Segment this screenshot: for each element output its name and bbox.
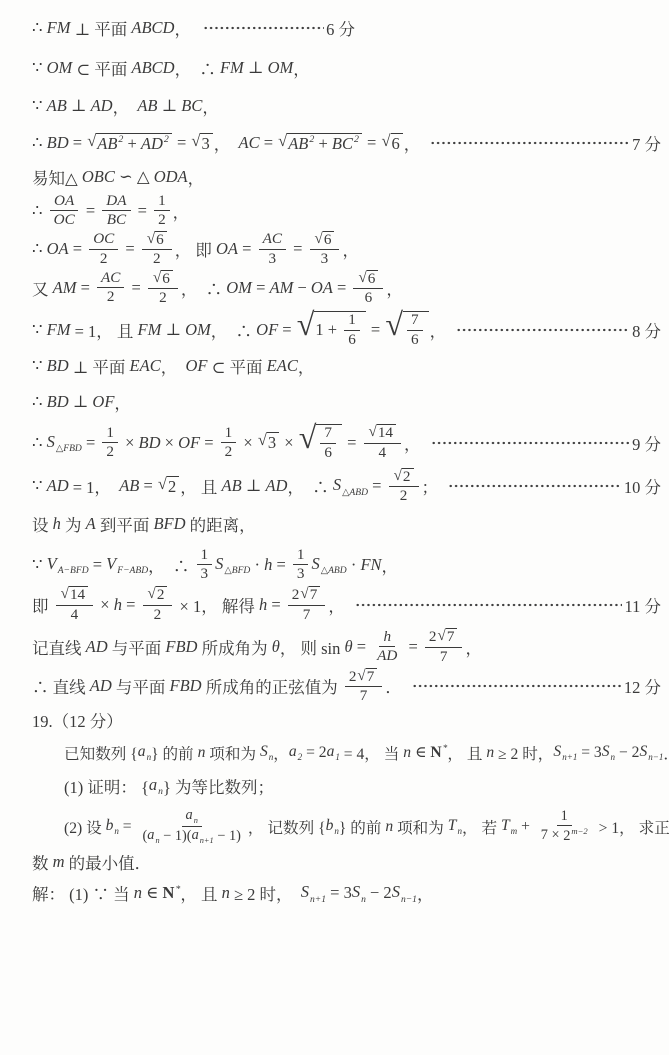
fraction: 13 xyxy=(197,547,213,583)
line-oa-value: ∴ OA = OC2 = √62， 即 OA = AC3 = √63， xyxy=(32,231,661,268)
text-run: 1 xyxy=(106,425,114,441)
math-var: θ xyxy=(344,637,352,657)
fraction: OAOC xyxy=(50,193,79,229)
math-var: n xyxy=(198,744,206,762)
text-run: 14 xyxy=(70,587,85,603)
line-define-h: 设 h 为 A 到平面 BFD 的距离， xyxy=(32,512,661,536)
denominator: 3 xyxy=(293,565,309,582)
denominator: 2 xyxy=(150,606,166,623)
denominator: 2 xyxy=(154,211,170,228)
text-run: 3 xyxy=(321,251,329,267)
superscripted-expr: 2m−2 xyxy=(563,827,588,844)
text-run: ， ∴ xyxy=(175,56,220,80)
text-run: = xyxy=(260,133,278,153)
math-var: S xyxy=(311,554,319,573)
text-run: 7 xyxy=(324,425,332,441)
superscripted-expr: AD2 xyxy=(141,134,169,154)
math-var: BD xyxy=(139,433,161,453)
math-var: OF xyxy=(92,392,114,412)
denominator: 2 xyxy=(155,289,171,306)
text-run: ， xyxy=(273,742,289,764)
line-solution-start: 解： (1) ∵ 当 n ∈ N*， 且 n ≥ 2 时， Sn+1 = 3Sn… xyxy=(32,881,661,905)
superscript: 2 xyxy=(354,134,359,145)
fraction: OC2 xyxy=(89,231,118,267)
denominator: 3 xyxy=(197,565,213,582)
text-run: 3 xyxy=(297,566,305,582)
superscripted-expr: N* xyxy=(430,744,447,762)
text-run: ⊂ 平面 xyxy=(72,56,131,80)
subscript: n+1 xyxy=(200,836,214,845)
text-run: 1 xyxy=(348,312,356,328)
text-run: = xyxy=(272,555,290,575)
radicand: 2 xyxy=(167,476,179,497)
math-var: T xyxy=(448,817,457,834)
math-var: OA xyxy=(216,239,238,259)
text-run: 7 xyxy=(440,649,448,665)
text-run: = xyxy=(333,278,351,298)
text-run: ， xyxy=(328,593,345,617)
radicand: 14 xyxy=(69,586,88,603)
radical-sign-icon: √ xyxy=(358,270,366,287)
math-var: h xyxy=(383,629,391,645)
line-of-value: ∵ FM = 1， 且 FM ⊥ OM， ∴ OF = √1 + 16 = √7… xyxy=(32,311,661,348)
text-run: 项和为 xyxy=(393,816,448,838)
text-run: 设 xyxy=(32,512,53,536)
text-run: 2 xyxy=(429,629,437,645)
text-run: ∵ xyxy=(32,320,47,340)
text-run: = 1， 且 xyxy=(70,318,137,342)
text-run: × xyxy=(96,595,114,615)
text-run: 6 xyxy=(324,232,332,248)
text-run: × xyxy=(121,433,139,453)
radicand: 6 xyxy=(155,231,167,248)
text-run: = xyxy=(200,433,218,453)
math-var: n xyxy=(134,883,142,903)
text-run: ， 且 xyxy=(447,742,486,764)
text-run: ∵ xyxy=(32,555,47,575)
radical-sign-icon: √ xyxy=(300,586,308,603)
line-q19-part1: (1) 证明： {an} 为等比数列； xyxy=(32,774,669,798)
text-run: 1 xyxy=(201,547,209,563)
text-run: 解： (1) ∵ 当 xyxy=(32,881,134,905)
radicand: 6 xyxy=(367,270,379,287)
math-var: BC xyxy=(107,212,126,228)
math-var: A xyxy=(86,514,96,534)
math-var: AD xyxy=(141,134,163,153)
math-var: AD xyxy=(91,96,113,116)
numerator: h xyxy=(379,629,395,647)
denominator: 2 xyxy=(103,288,119,305)
text-run: ∴ xyxy=(32,433,47,453)
leader-dots xyxy=(203,25,324,31)
text-run: = 1， xyxy=(69,474,120,498)
numerator: 7 xyxy=(407,312,423,330)
math-var: OM xyxy=(268,58,294,78)
text-run: = xyxy=(69,239,87,259)
numerator: 1 xyxy=(197,547,213,565)
subscript: A−BFD xyxy=(58,565,89,576)
math-var: FM xyxy=(47,320,71,340)
text-run: 的最小值． xyxy=(65,850,152,874)
radicand: 14 xyxy=(377,424,396,441)
subscript: n−1 xyxy=(401,894,417,905)
radical: √6 xyxy=(358,270,378,287)
denominator: 2 xyxy=(96,250,112,267)
superscripted-expr: AB2 xyxy=(97,134,123,154)
math-var: OM xyxy=(47,58,73,78)
dotted-leader: 10 分 xyxy=(448,474,661,498)
numerator: √2 xyxy=(389,468,419,487)
numerator: √6 xyxy=(142,231,172,250)
math-var: OA xyxy=(54,193,74,209)
superscript: m−2 xyxy=(571,826,587,836)
text-run: ⊥ xyxy=(161,320,185,340)
text-run: ； xyxy=(422,474,439,498)
radicand: 1 + 16 xyxy=(314,311,365,348)
superscript: 2 xyxy=(164,134,169,145)
text-run: 2 xyxy=(159,290,167,306)
math-var: AB xyxy=(221,476,241,496)
math-var: BD xyxy=(47,392,69,412)
text-run: } 为等比数列； xyxy=(163,774,274,798)
math-var: AC xyxy=(263,231,282,247)
math-var: a xyxy=(138,743,146,760)
text-run: 2 xyxy=(400,488,408,504)
subscripted-var: Sn xyxy=(260,743,273,762)
score-label: 6 分 xyxy=(326,16,355,40)
math-var: AM xyxy=(270,278,294,298)
text-run: 3 xyxy=(201,566,209,582)
text-run: ∈ xyxy=(142,883,162,903)
math-var: ABCD xyxy=(131,18,174,38)
radical: √2 xyxy=(158,476,179,497)
text-run: = xyxy=(278,320,296,340)
subscripted-var: an+1 xyxy=(192,828,214,845)
text-run: ⊂ 平面 xyxy=(207,354,266,378)
numerator: 2√7 xyxy=(425,628,463,647)
text-run: = 3 xyxy=(326,883,352,903)
text-run: 2 xyxy=(154,607,162,623)
text-run: 7 xyxy=(303,607,311,623)
radical: √76 xyxy=(385,311,428,348)
text-run: 项和为 xyxy=(205,742,260,764)
dotted-leader: 11 分 xyxy=(355,593,661,617)
math-var: m xyxy=(53,852,65,872)
text-run: = xyxy=(238,239,256,259)
numerator: √2 xyxy=(143,586,173,605)
radical-sign-icon: √ xyxy=(438,628,446,645)
text-run: = xyxy=(289,239,307,259)
fraction: √144 xyxy=(56,586,94,623)
subscripted-var: an xyxy=(149,775,163,797)
text-run: 2 xyxy=(349,669,357,685)
text-run: − xyxy=(293,278,311,298)
text-run: ， ∴ xyxy=(181,276,226,300)
denominator: 2 xyxy=(396,487,412,504)
numerator: √14 xyxy=(364,424,402,443)
text-run: = xyxy=(343,433,361,453)
math-var: BFD xyxy=(153,514,185,534)
denominator: OC xyxy=(50,211,79,228)
text-run: ， ∴ xyxy=(211,318,256,342)
denominator: 7 xyxy=(356,687,372,704)
text-run: 3 xyxy=(201,134,209,154)
text-run: 2 xyxy=(158,212,166,228)
fraction: 16 xyxy=(344,312,360,348)
text-run: 4 xyxy=(378,445,386,461)
fraction: 2√77 xyxy=(288,586,326,623)
radical: √6 xyxy=(381,133,402,154)
text-run: ∵ xyxy=(32,58,47,78)
line-bd-perp-plane-eac: ∵ BD ⊥ 平面 EAC， OF ⊂ 平面 EAC， xyxy=(32,354,661,378)
subscripted-var: bn xyxy=(106,817,119,836)
text-run: = xyxy=(121,239,139,259)
text-run: ， xyxy=(293,56,310,80)
dotted-leader: 9 分 xyxy=(431,431,661,455)
radical: √76 xyxy=(299,424,342,461)
fraction: 13 xyxy=(293,547,309,583)
text-run: = xyxy=(69,133,87,153)
text-run: 1 + xyxy=(315,320,341,340)
text-run: ， xyxy=(342,237,359,261)
radical: √7 xyxy=(357,668,377,685)
numerator: 1 xyxy=(102,425,118,443)
text-run: × xyxy=(239,433,257,453)
numerator: 1 xyxy=(221,425,237,443)
text-run: × 1， 解得 xyxy=(175,593,259,617)
text-run: 6 xyxy=(324,445,332,461)
radical-sign-icon: √ xyxy=(278,133,287,154)
text-run: ， 若 xyxy=(462,816,501,838)
text-run: 6 xyxy=(411,332,419,348)
radicand: 6 xyxy=(161,270,173,287)
denominator: 7 xyxy=(299,606,315,623)
text-run: + xyxy=(123,134,141,154)
text-run: 4 xyxy=(71,607,79,623)
fraction: 12 xyxy=(154,193,170,229)
math-var: ODA xyxy=(154,167,188,187)
line-question-19-header: 19.（12 分） xyxy=(32,708,661,732)
line-volume-equality: ∵ VA−BFD = VF−ABD， ∴ 13S△BFD · h = 13S△A… xyxy=(32,547,661,583)
text-run: ， ∴ xyxy=(287,474,332,498)
text-run: 2 xyxy=(106,444,114,460)
subscripted-var: an xyxy=(138,743,151,762)
radical-sign-icon: √ xyxy=(299,424,317,461)
math-var: AB xyxy=(97,134,117,153)
math-var: V xyxy=(47,554,57,573)
text-run: 易知△ xyxy=(32,165,82,189)
text-run: (1) 证明： { xyxy=(64,774,149,798)
math-var: EAC xyxy=(267,356,298,376)
denominator: 3 xyxy=(264,250,280,267)
set-symbol: N xyxy=(162,883,174,902)
numerator: √6 xyxy=(148,270,178,289)
text-run: ≥ 2 时， xyxy=(494,742,553,764)
math-var: a xyxy=(327,743,335,760)
subscripted-var: Sn xyxy=(352,882,366,904)
dotted-leader: 12 分 xyxy=(412,674,661,698)
fraction: an(an − 1)(an+1 − 1) xyxy=(138,808,244,845)
math-var: EAC xyxy=(130,356,161,376)
text-run: ∴ xyxy=(32,239,47,259)
line-angle-theta: 记直线 AD 与平面 FBD 所成角为 θ， 则 sin θ = hAD = 2… xyxy=(32,628,661,665)
math-var: AC xyxy=(101,270,120,286)
text-run: = 4， 当 xyxy=(340,742,403,764)
radical-sign-icon: √ xyxy=(153,270,161,287)
subscripted-var: VF−ABD xyxy=(106,554,148,576)
numerator: √14 xyxy=(56,586,94,605)
denominator: 2 xyxy=(221,443,237,460)
radicand: 2 xyxy=(156,586,168,603)
math-var: n xyxy=(385,818,393,836)
math-var: n xyxy=(222,883,230,903)
subscripted-var: S△ABD xyxy=(333,475,368,497)
subscript: △ABD xyxy=(342,487,368,498)
text-run: } 的前 xyxy=(151,742,197,764)
radical: √2 xyxy=(394,468,414,485)
math-var: FM xyxy=(138,320,162,340)
text-run: = xyxy=(404,637,422,657)
math-var: OC xyxy=(54,212,75,228)
text-run: ． xyxy=(385,674,402,698)
fraction: 12 xyxy=(102,425,118,461)
radical: √7 xyxy=(300,586,320,603)
text-run: ∵ xyxy=(32,476,47,496)
radicand: 2 xyxy=(402,468,414,485)
leader-dots xyxy=(355,602,623,608)
text-run: 的距离， xyxy=(186,512,256,536)
math-var: FBD xyxy=(170,676,202,696)
text-run: − 1) xyxy=(214,829,241,845)
line-similar-triangles: 易知△ OBC ∽ △ ODA， xyxy=(32,165,661,189)
math-var: AB xyxy=(47,96,67,116)
denominator: 2 xyxy=(102,443,118,460)
subscripted-var: Sn xyxy=(602,743,615,762)
text-run: 1 xyxy=(297,547,305,563)
subscripted-var: a2 xyxy=(289,743,302,762)
text-run: 6 xyxy=(156,232,164,248)
text-run: + xyxy=(314,134,332,154)
denominator: 7 xyxy=(436,648,452,665)
math-var: OC xyxy=(93,231,114,247)
text-run: = xyxy=(363,133,381,153)
math-var: h xyxy=(53,514,61,534)
text-run: 2 xyxy=(292,587,300,603)
text-run: ⊥ xyxy=(67,96,91,116)
math-var: OF xyxy=(178,433,200,453)
text-run: = xyxy=(353,637,371,657)
math-var: S xyxy=(301,882,309,901)
text-run: 7 × xyxy=(541,828,563,844)
text-run: ， 则 sin xyxy=(280,635,345,659)
text-run: ， 且 xyxy=(180,881,221,905)
leader-dots xyxy=(456,327,630,333)
line-bd-ac-values: ∴ BD = √AB2 + AD2 = √3， AC = √AB2 + BC2 … xyxy=(32,131,661,155)
denominator: 6 xyxy=(344,331,360,348)
leader-dots xyxy=(448,483,622,489)
math-var: a xyxy=(149,775,157,794)
numerator: √6 xyxy=(353,270,383,289)
text-run: = 2 xyxy=(302,744,326,762)
text-run: ， xyxy=(161,354,186,378)
text-run: − 2 xyxy=(615,744,639,762)
math-var: BD xyxy=(47,133,69,153)
numerator: 2√7 xyxy=(345,668,383,687)
text-run: 7 xyxy=(367,669,375,685)
text-run: ， xyxy=(202,94,219,118)
text-run: = xyxy=(367,320,385,340)
fraction: 2√77 xyxy=(425,628,463,665)
text-run: 7 xyxy=(447,629,455,645)
text-run: ⊥ xyxy=(69,392,93,412)
text-run: = xyxy=(252,278,270,298)
math-var: BC xyxy=(332,134,353,153)
radical-sign-icon: √ xyxy=(87,133,96,154)
line-q19-part2-cont: 数 m 的最小值． xyxy=(32,850,661,874)
subscripted-var: S△FBD xyxy=(47,432,82,454)
subscript: n+1 xyxy=(310,894,326,905)
math-var: AC xyxy=(238,133,259,153)
math-var: AB xyxy=(119,476,139,496)
subscripted-var: Sn+1 xyxy=(301,882,326,904)
superscripted-expr: AB2 xyxy=(288,134,314,154)
radicand: 6 xyxy=(391,133,403,154)
text-run: ． xyxy=(663,742,669,764)
numerator: 2√7 xyxy=(288,586,326,605)
numerator: 7 xyxy=(320,425,336,443)
text-run: ∈ xyxy=(411,743,430,762)
text-run: 7 xyxy=(310,587,318,603)
text-run: × xyxy=(280,433,298,453)
radicand: 3 xyxy=(267,432,279,453)
math-var: AD xyxy=(47,476,69,496)
text-run: ， xyxy=(404,131,421,155)
text-run: − 1)( xyxy=(160,829,192,845)
radical-sign-icon: √ xyxy=(148,586,156,603)
text-run: 为 xyxy=(61,512,86,536)
fraction: 12 xyxy=(221,425,237,461)
math-var: OA xyxy=(47,239,69,259)
text-run: 所成角的正弦值为 xyxy=(202,674,342,698)
text-run: ⊥ 平面 xyxy=(70,16,131,40)
text-run: 2 xyxy=(107,289,115,305)
fraction: √63 xyxy=(310,231,340,268)
text-run: 6 xyxy=(392,134,400,154)
text-run: ， xyxy=(113,94,138,118)
set-symbol: N xyxy=(430,744,441,761)
denominator: 6 xyxy=(407,331,423,348)
text-run: 2 xyxy=(563,828,570,844)
superscripted-expr: BC2 xyxy=(332,134,359,154)
text-run: 6 xyxy=(365,290,373,306)
subscripted-var: Sn+1 xyxy=(553,743,577,762)
text-run: ， xyxy=(382,553,399,577)
radical-sign-icon: √ xyxy=(258,432,267,453)
text-run: ， 记数列 { xyxy=(248,816,326,838)
text-run: 7 xyxy=(411,312,419,328)
fraction: √62 xyxy=(142,231,172,268)
math-var: AM xyxy=(53,278,77,298)
text-run: ， xyxy=(430,318,447,342)
subscripted-var: VA−BFD xyxy=(47,554,89,576)
text-run: 2 xyxy=(168,477,176,497)
subscript: F−ABD xyxy=(117,565,148,576)
text-run: 2 xyxy=(153,251,161,267)
math-var: AD xyxy=(265,476,287,496)
score-label: 10 分 xyxy=(624,474,661,498)
subscript: △ABD xyxy=(321,565,347,576)
radical: √14 xyxy=(369,424,397,441)
